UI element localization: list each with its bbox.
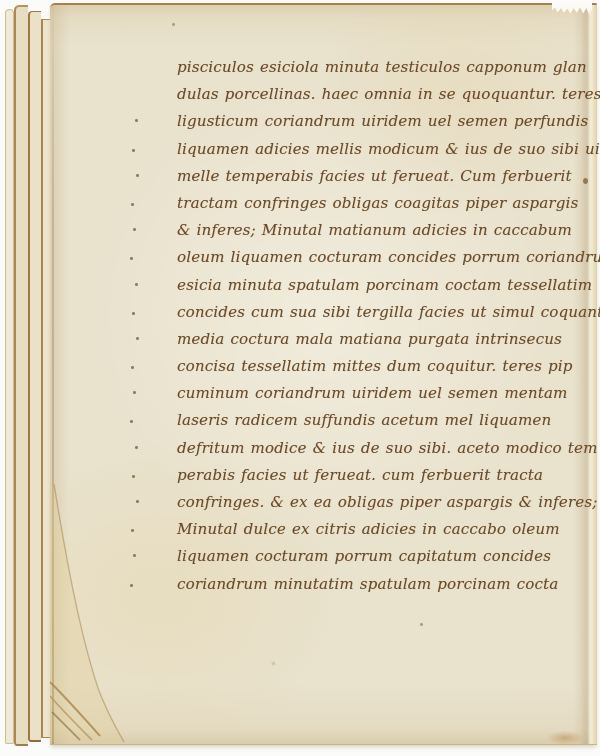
manuscript-text-block: pisciculos esiciola minuta testiculos ca… bbox=[177, 54, 581, 598]
manuscript-line: dulas porcellinas. haec omnia in se quoq… bbox=[177, 81, 581, 108]
manuscript-line: tractam confringes obligas coagitas pipe… bbox=[177, 190, 581, 217]
margin-dot bbox=[131, 203, 134, 206]
manuscript-line: Minutal dulce ex citris adicies in cacca… bbox=[177, 516, 581, 543]
margin-dot bbox=[136, 174, 139, 177]
page-edge-strip-outer bbox=[5, 9, 14, 744]
margin-dot bbox=[136, 500, 139, 503]
manuscript-line: & inferes; Minutal matianum adicies in c… bbox=[177, 217, 581, 244]
margin-dot bbox=[130, 584, 133, 587]
manuscript-photo: pisciculos esiciola minuta testiculos ca… bbox=[0, 0, 600, 756]
stain-bottom-right bbox=[539, 728, 591, 748]
margin-dot bbox=[133, 391, 136, 394]
manuscript-line: cuminum coriandrum uiridem uel semen men… bbox=[177, 380, 581, 407]
margin-dot bbox=[133, 228, 136, 231]
manuscript-line: defritum modice & ius de suo sibi. aceto… bbox=[177, 435, 581, 462]
margin-dot bbox=[132, 475, 135, 478]
margin-dot bbox=[132, 312, 135, 315]
manuscript-line: ligusticum coriandrum uiridem uel semen … bbox=[177, 108, 581, 135]
margin-dot bbox=[131, 366, 134, 369]
manuscript-line: perabis facies ut ferueat. cum ferbuerit… bbox=[177, 462, 581, 489]
manuscript-line: media coctura mala matiana purgata intri… bbox=[177, 326, 581, 353]
page-edge-strip-third bbox=[28, 11, 41, 742]
margin-dot bbox=[135, 119, 138, 122]
manuscript-line: coriandrum minutatim spatulam porcinam c… bbox=[177, 571, 581, 598]
margin-dot bbox=[135, 283, 138, 286]
manuscript-line: confringes. & ex ea obligas piper asparg… bbox=[177, 489, 581, 516]
manuscript-line: concisa tessellatim mittes dum coquitur.… bbox=[177, 353, 581, 380]
speck-blank-area bbox=[270, 660, 277, 667]
speck-right-edge bbox=[583, 178, 588, 184]
manuscript-page: pisciculos esiciola minuta testiculos ca… bbox=[50, 3, 597, 745]
margin-dot bbox=[135, 446, 138, 449]
manuscript-line: concides cum sua sibi tergilla facies ut… bbox=[177, 299, 581, 326]
speck-mid bbox=[420, 623, 423, 626]
manuscript-line: esicia minuta spatulam porcinam coctam t… bbox=[177, 272, 581, 299]
manuscript-line: melle temperabis facies ut ferueat. Cum … bbox=[177, 163, 581, 190]
margin-dot bbox=[136, 337, 139, 340]
manuscript-line: oleum liquamen cocturam concides porrum … bbox=[177, 244, 581, 271]
speck-top bbox=[172, 23, 175, 26]
manuscript-line: liquamen adicies mellis modicum & ius de… bbox=[177, 136, 581, 163]
margin-dot bbox=[132, 149, 135, 152]
page-edge-strip-second bbox=[14, 5, 28, 746]
manuscript-line: pisciculos esiciola minuta testiculos ca… bbox=[177, 54, 581, 81]
manuscript-line: liquamen cocturam porrum capitatum conci… bbox=[177, 543, 581, 570]
margin-dot bbox=[130, 257, 133, 260]
manuscript-line: laseris radicem suffundis acetum mel liq… bbox=[177, 407, 581, 434]
margin-dot bbox=[130, 420, 133, 423]
